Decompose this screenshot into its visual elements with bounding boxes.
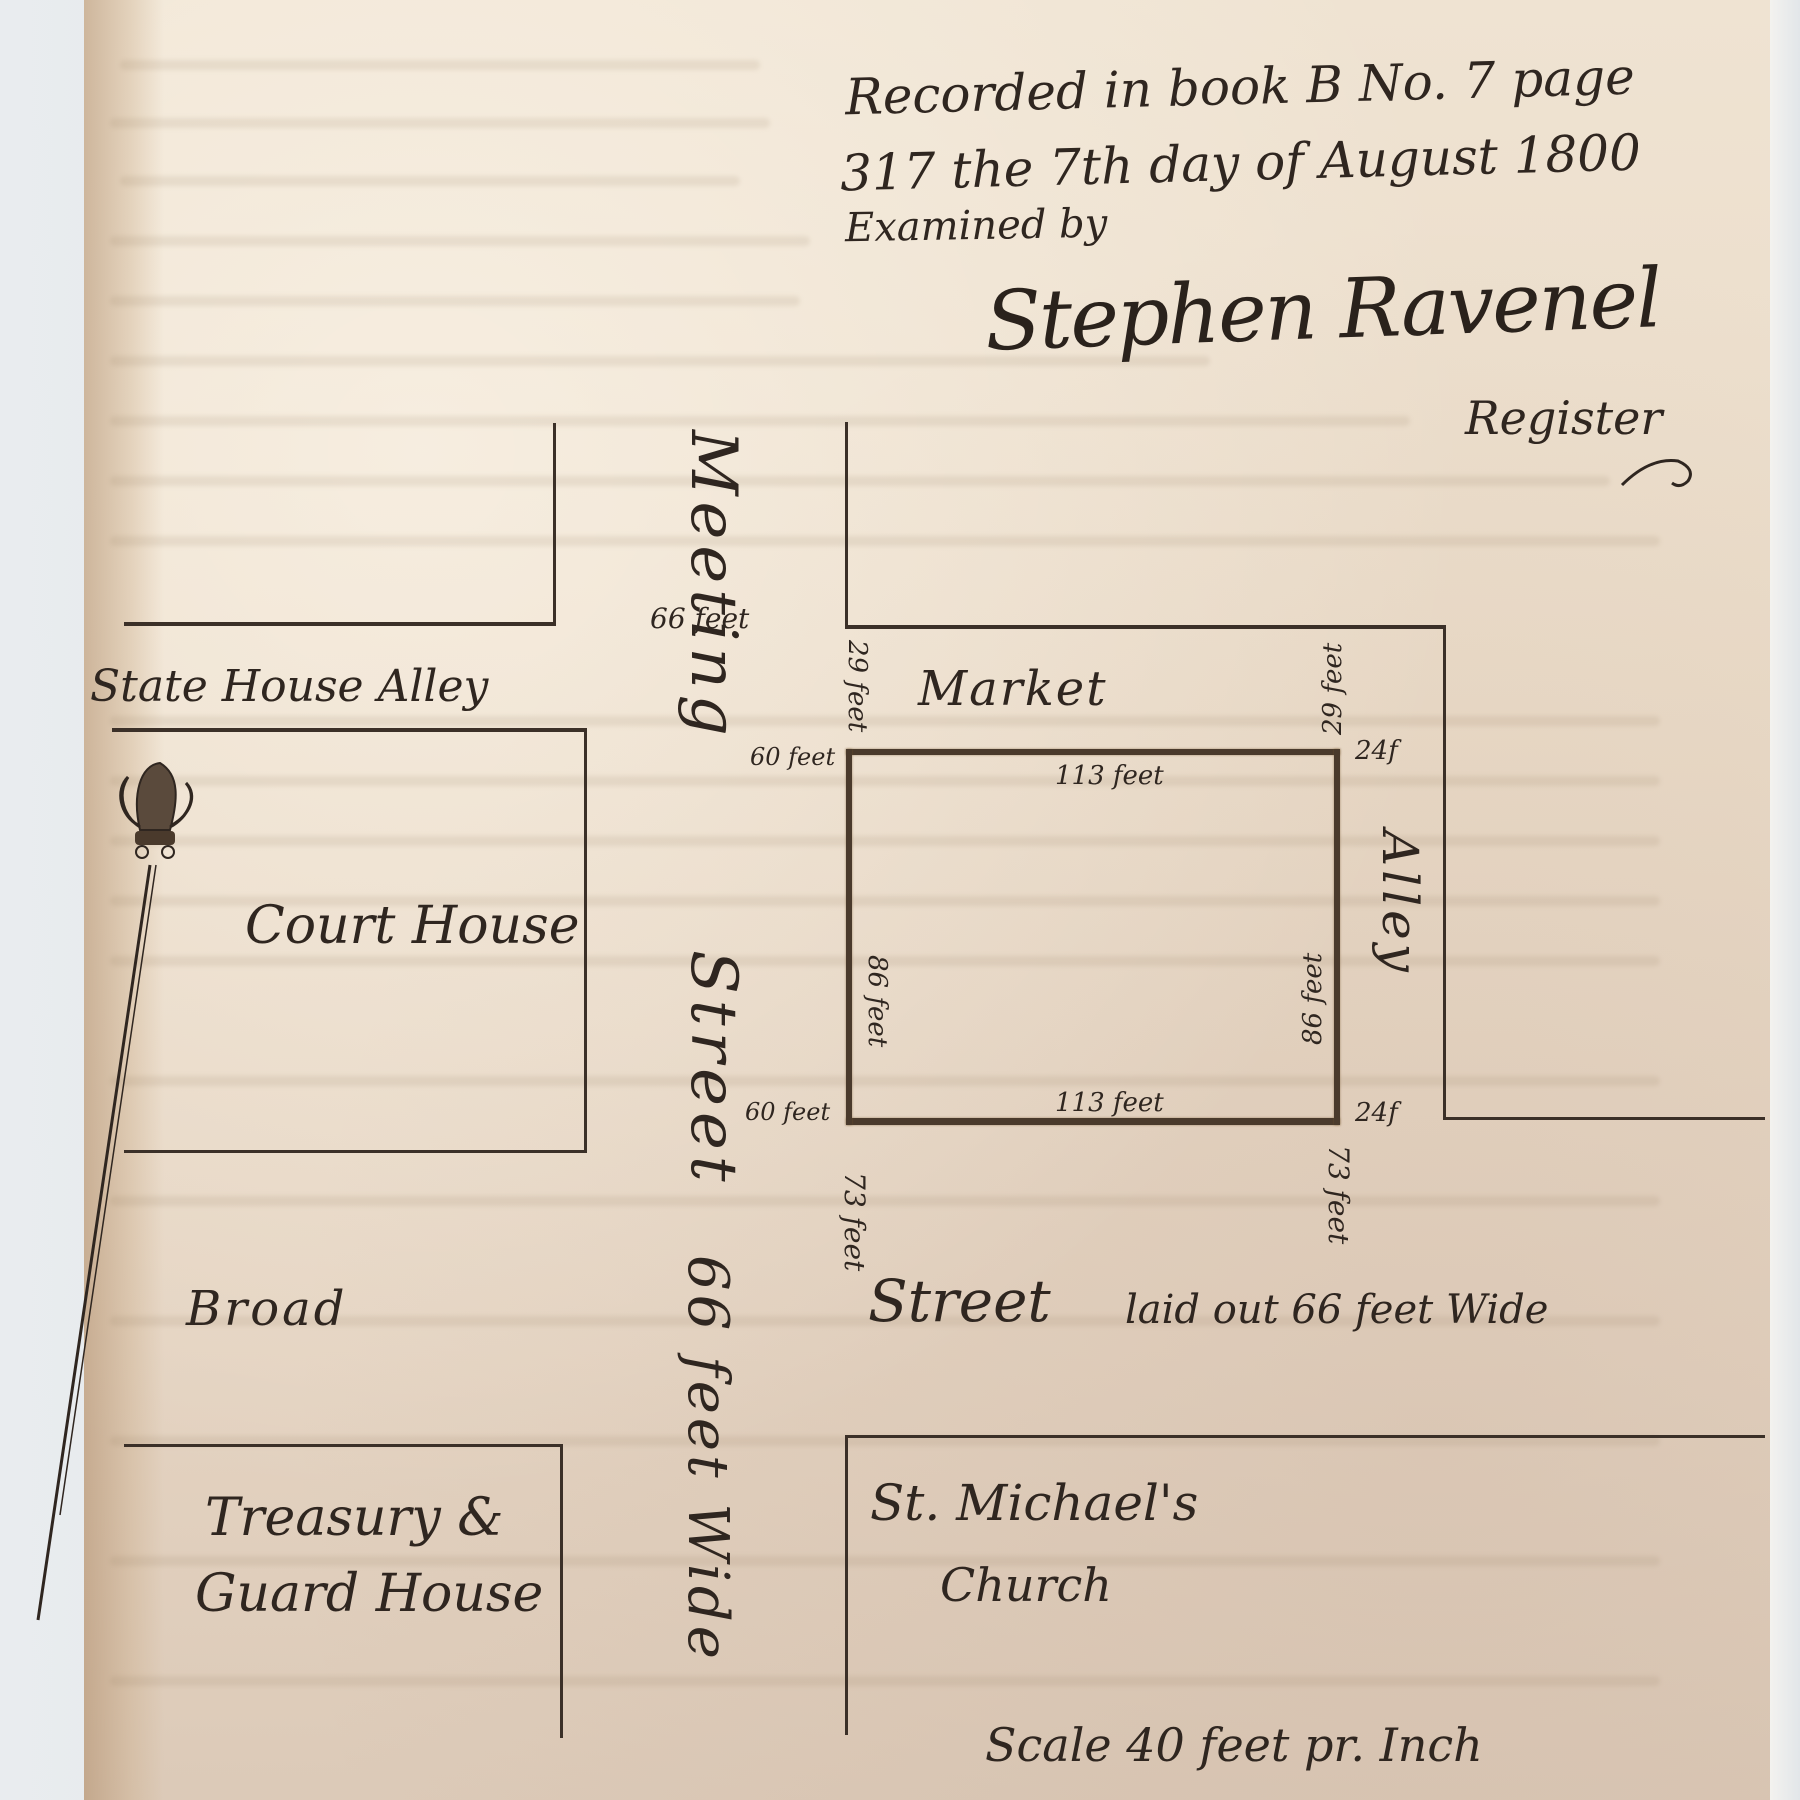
broad-east-dimension: 73 feet [1324, 1145, 1352, 1244]
broad-street-label-right: Street [868, 1272, 1051, 1330]
market-east-dimension: 29 feet [1320, 643, 1346, 735]
court-house-label: Court House [245, 900, 579, 952]
lot-left-dimension: 86 feet [864, 955, 890, 1047]
sw-offset-dimension: 60 feet [745, 1100, 830, 1124]
treasury-label-line2: Guard House [195, 1568, 543, 1620]
signature-name: Stephen Ravenel [984, 258, 1662, 364]
recording-note-line3: Examined by [845, 204, 1108, 249]
alley-label: Alley [1375, 830, 1425, 976]
meeting-street-label-top: Meeting [681, 430, 745, 742]
broad-street-label-left: Broad [186, 1285, 347, 1333]
market-street-label: Market [918, 665, 1108, 713]
market-west-dimension: 29 feet [844, 640, 870, 732]
se-offset-dimension: 24f [1355, 1100, 1398, 1126]
broad-street-width-label: laid out 66 feet Wide [1125, 1290, 1548, 1330]
signature-title: Register [1465, 395, 1662, 441]
nw-offset-dimension: 60 feet [750, 745, 835, 769]
fleur-de-lis-icon [20, 755, 200, 1625]
state-house-alley-label: State House Alley [90, 665, 488, 709]
meeting-street-width-label: 66 feet Wide [679, 1255, 735, 1663]
church-label-line2: Church [940, 1562, 1112, 1608]
lot-right-dimension: 86 feet [1300, 953, 1326, 1045]
ne-offset-dimension: 24f [1355, 738, 1398, 764]
mat-border [1770, 0, 1800, 1800]
lot-top-dimension: 113 feet [1055, 763, 1164, 789]
broad-west-dimension: 73 feet [840, 1172, 868, 1271]
scale-label: Scale 40 feet pr. Inch [985, 1722, 1483, 1768]
meeting-street-label-bottom: Street [681, 950, 745, 1188]
lot-bottom-dimension: 113 feet [1055, 1090, 1164, 1116]
church-label-line1: St. Michael's [870, 1478, 1198, 1528]
treasury-label-line1: Treasury & [205, 1492, 504, 1544]
meeting-street-width-top: 66 feet [650, 605, 749, 633]
signature-flourish [1620, 455, 1700, 515]
